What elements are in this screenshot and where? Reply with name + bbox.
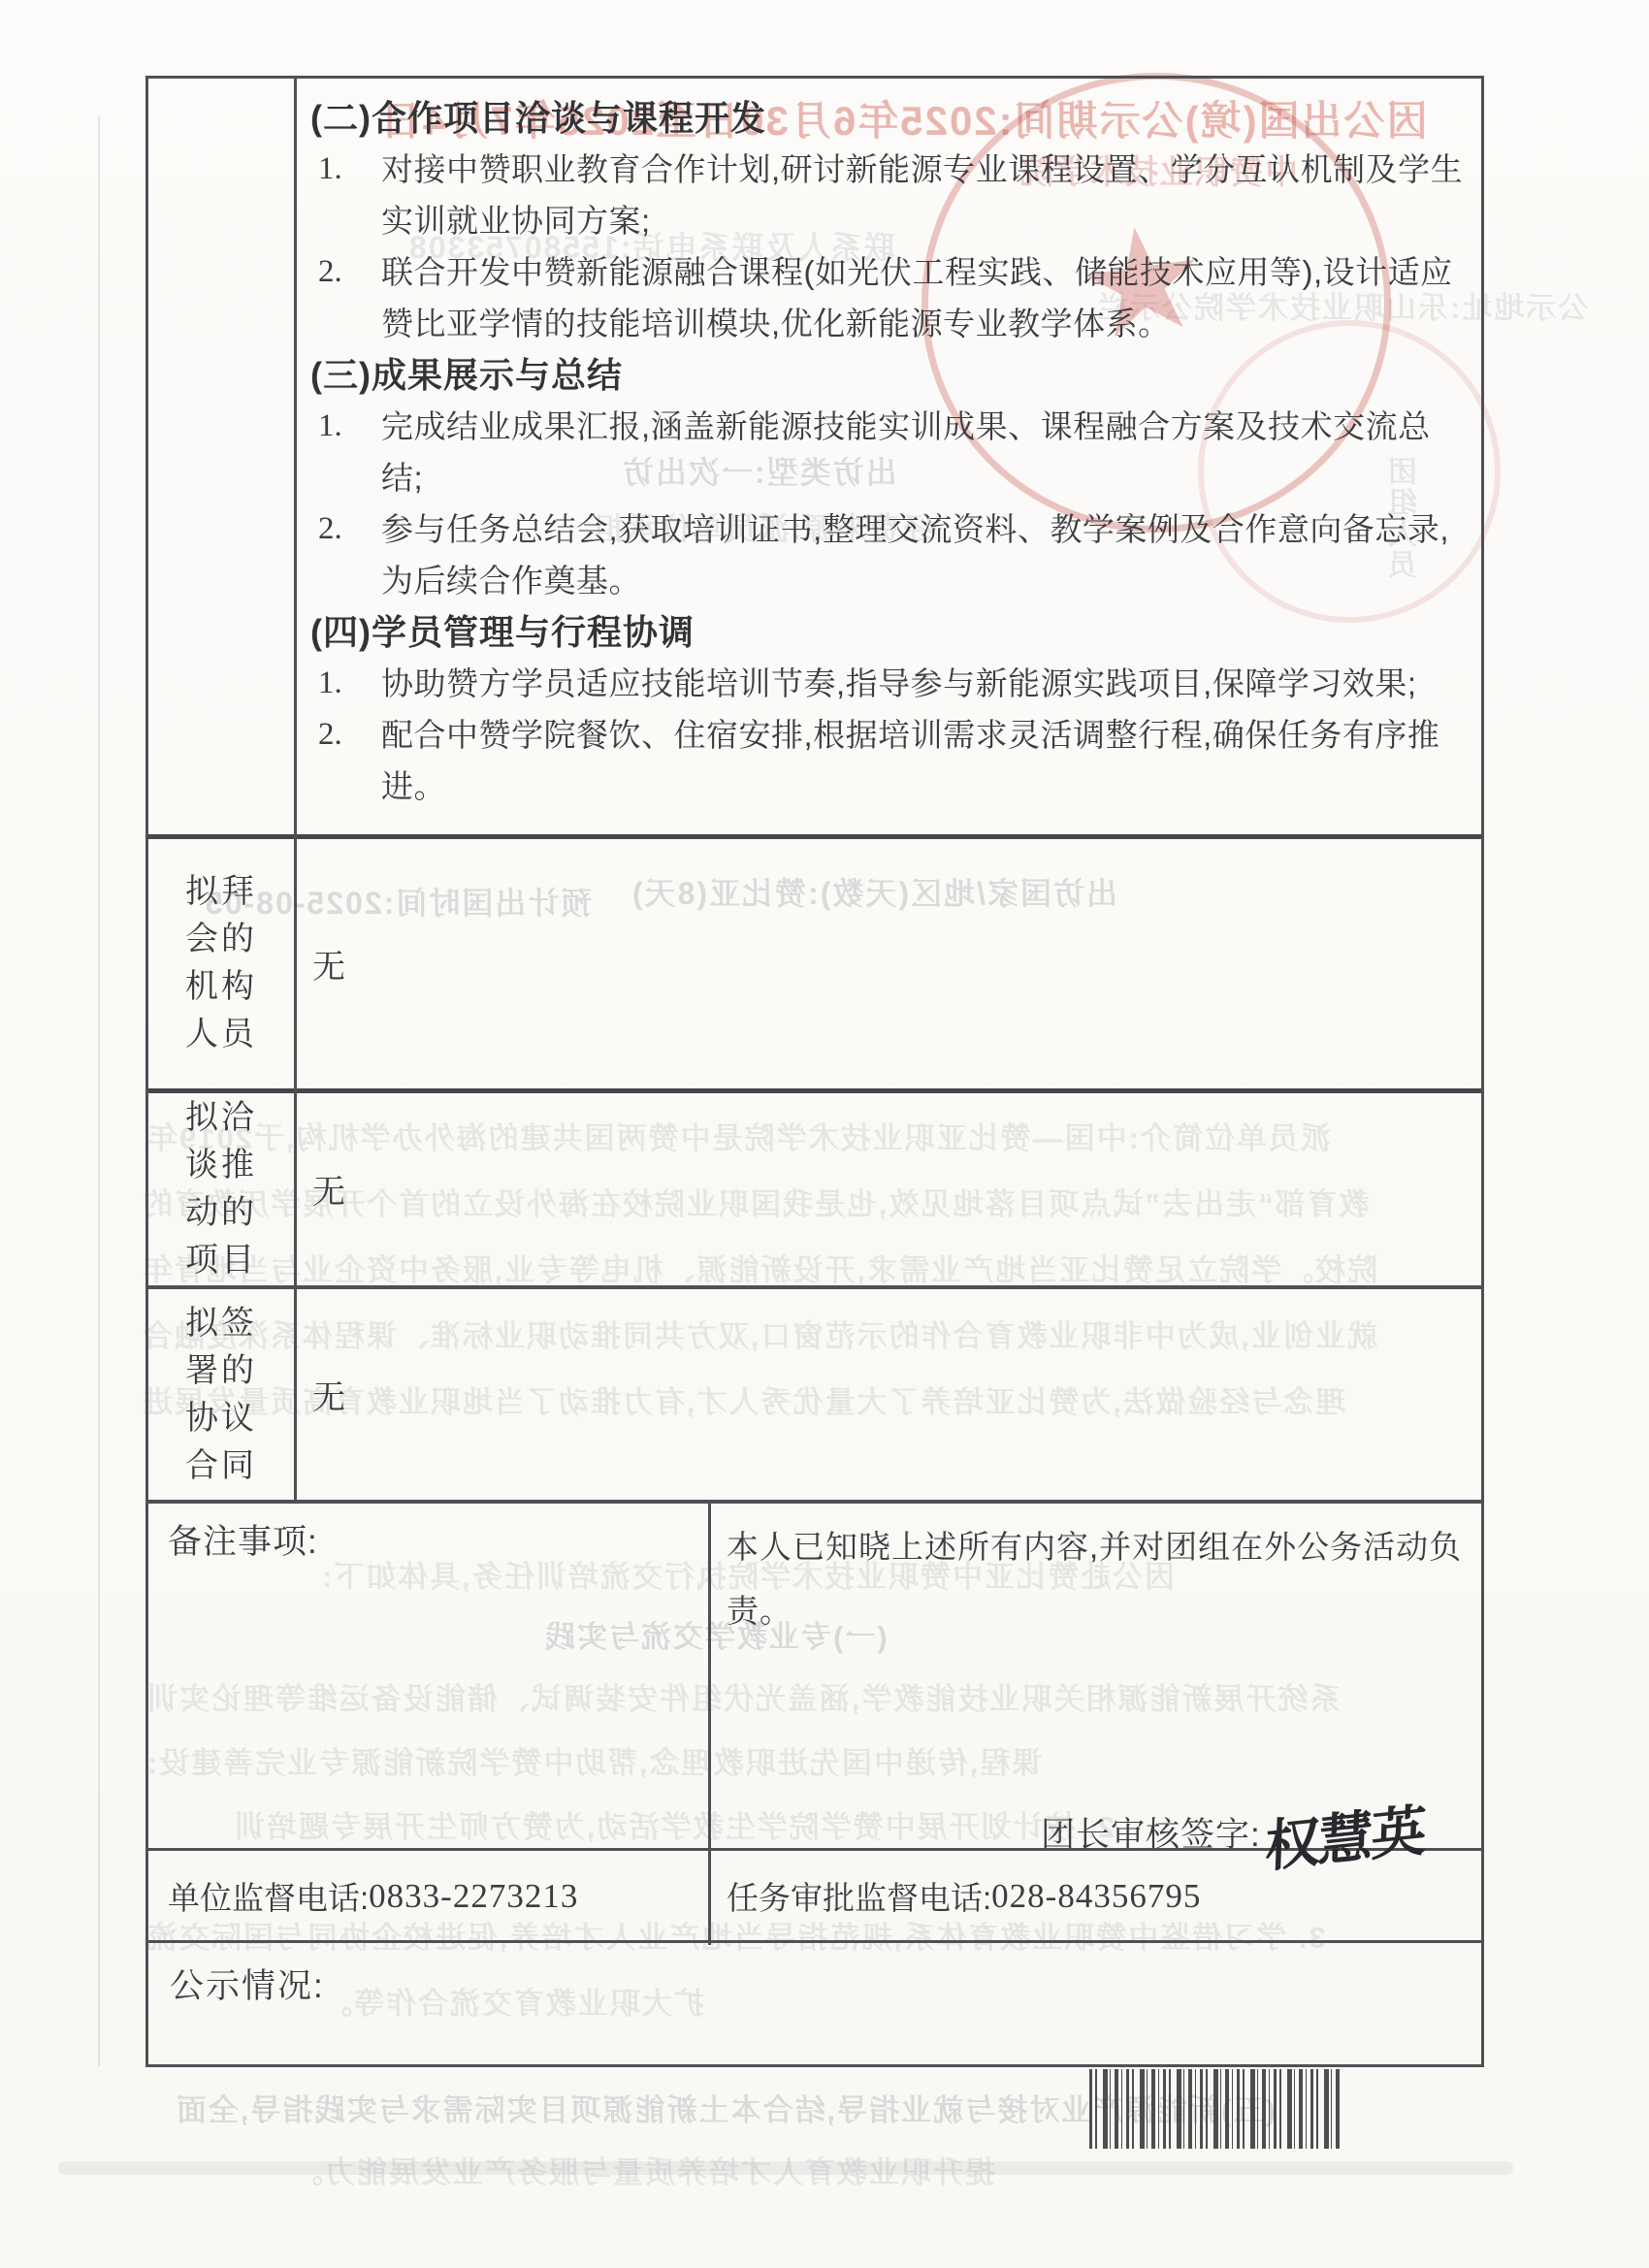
row-label-text: 拟拜会的机构人员	[184, 868, 258, 1058]
remarks-right-cell: 本人已知晓上述所有内容,并对团组在外公务活动负责。 团长审核签字:权慧英	[711, 1504, 1481, 1848]
table-line	[148, 1940, 1481, 1943]
list-number: 1.	[318, 144, 342, 195]
list-text: 联合开发中赞新能源融合课程(如光伏工程实践、储能技术应用等),设计适应赞比亚学情…	[381, 254, 1453, 341]
acknowledgement-text: 本人已知晓上述所有内容,并对团组在外公务活动负责。	[727, 1515, 1471, 1643]
row-label-proposed-agreements: 拟签署的协议合同	[148, 1289, 294, 1500]
remarks-label: 备注事项:	[168, 1523, 318, 1561]
list-item: 1.对接中赞职业教育合作计划,研讨新能源专业课程设置、学分互认机制及学生实训就业…	[310, 144, 1470, 246]
row-label-proposed-meetings: 拟拜会的机构人员	[148, 838, 294, 1088]
unit-supervision-label: 单位监督电话:	[168, 1873, 369, 1919]
task-supervision-number: 028-84356795	[991, 1877, 1201, 1916]
barcode	[1089, 2069, 1340, 2149]
section-heading: (二)合作项目洽谈与课程开发	[310, 92, 1470, 144]
task-supervision-label: 任务审批监督电话:	[727, 1873, 991, 1919]
list-item: 2.参与任务总结会,获取培训证书,整理交流资料、教学案例及合作意向备忘录,为后续…	[310, 503, 1470, 606]
remarks-label-cell: 备注事项:	[148, 1504, 708, 1848]
form-table: (二)合作项目洽谈与课程开发1.对接中赞职业教育合作计划,研讨新能源专业课程设置…	[145, 76, 1484, 2067]
row-value-text: 无	[312, 940, 345, 988]
bleed-line	[98, 116, 100, 2066]
task-sections: (二)合作项目洽谈与课程开发1.对接中赞职业教育合作计划,研讨新能源专业课程设置…	[297, 88, 1475, 831]
section-heading: (三)成果展示与总结	[310, 349, 1470, 401]
list-number: 1.	[318, 401, 342, 452]
list-item: 2.联合开发中赞新能源融合课程(如光伏工程实践、储能技术应用等),设计适应赞比亚…	[310, 246, 1470, 349]
list-text: 对接中赞职业教育合作计划,研讨新能源专业课程设置、学分互认机制及学生实训就业协同…	[381, 151, 1463, 239]
unit-supervision-number: 0833-2273213	[369, 1877, 578, 1916]
list-text: 配合中赞学院餐饮、住宿安排,根据培训需求灵活调整行程,确保任务有序推进。	[381, 717, 1439, 804]
list-text: 参与任务总结会,获取培训证书,整理交流资料、教学案例及合作意向备忘录,为后续合作…	[381, 511, 1449, 599]
row-label-text: 拟洽谈推动的项目	[184, 1094, 258, 1284]
list-item: 2.配合中赞学院餐饮、住宿安排,根据培训需求灵活调整行程,确保任务有序推进。	[310, 709, 1470, 812]
unit-supervision-phone-cell: 单位监督电话:0833-2273213	[148, 1852, 708, 1940]
list-number: 2.	[318, 246, 342, 298]
row-value-proposed-agreements: 无	[297, 1289, 1481, 1500]
bleed-smear	[58, 2161, 1513, 2175]
publicity-status-cell: 公示情况:	[148, 1944, 1481, 2064]
section-heading: (四)学员管理与行程协调	[310, 606, 1470, 658]
task-supervision-phone-cell: 任务审批监督电话:028-84356795	[711, 1852, 1481, 1940]
list-text: 完成结业成果汇报,涵盖新能源技能实训成果、课程融合方案及技术交流总结;	[381, 408, 1431, 496]
list-text: 协助赞方学员适应技能培训节奏,指导参与新能源实践项目,保障学习效果;	[381, 665, 1417, 701]
list-number: 2.	[318, 503, 342, 555]
row-label-proposed-projects: 拟洽谈推动的项目	[148, 1092, 294, 1285]
list-item: 1.协助赞方学员适应技能培训节奏,指导参与新能源实践项目,保障学习效果;	[310, 658, 1470, 709]
row-value-proposed-projects: 无	[297, 1092, 1481, 1285]
row-label-text: 拟签署的协议合同	[184, 1300, 258, 1490]
row-value-text: 无	[312, 1371, 345, 1418]
row-value-text: 无	[312, 1165, 345, 1213]
list-item: 1.完成结业成果汇报,涵盖新能源技能实训成果、课程融合方案及技术交流总结;	[310, 401, 1470, 503]
list-number: 1.	[318, 658, 342, 709]
row-value-proposed-meetings: 无	[297, 838, 1481, 1088]
scanned-document-page: 因公出国(境)公示期间:2025年6月30日至2025年7月4日中赞职业技术学院…	[0, 0, 1649, 2268]
list-number: 2.	[318, 709, 342, 761]
leader-sign-label: 团长审核签字:	[1041, 1816, 1261, 1854]
bleed-fragment: 提升职业教育人才培养质量与服务产业发展能力。	[291, 2148, 995, 2191]
publicity-label: 公示情况:	[170, 1967, 325, 2005]
